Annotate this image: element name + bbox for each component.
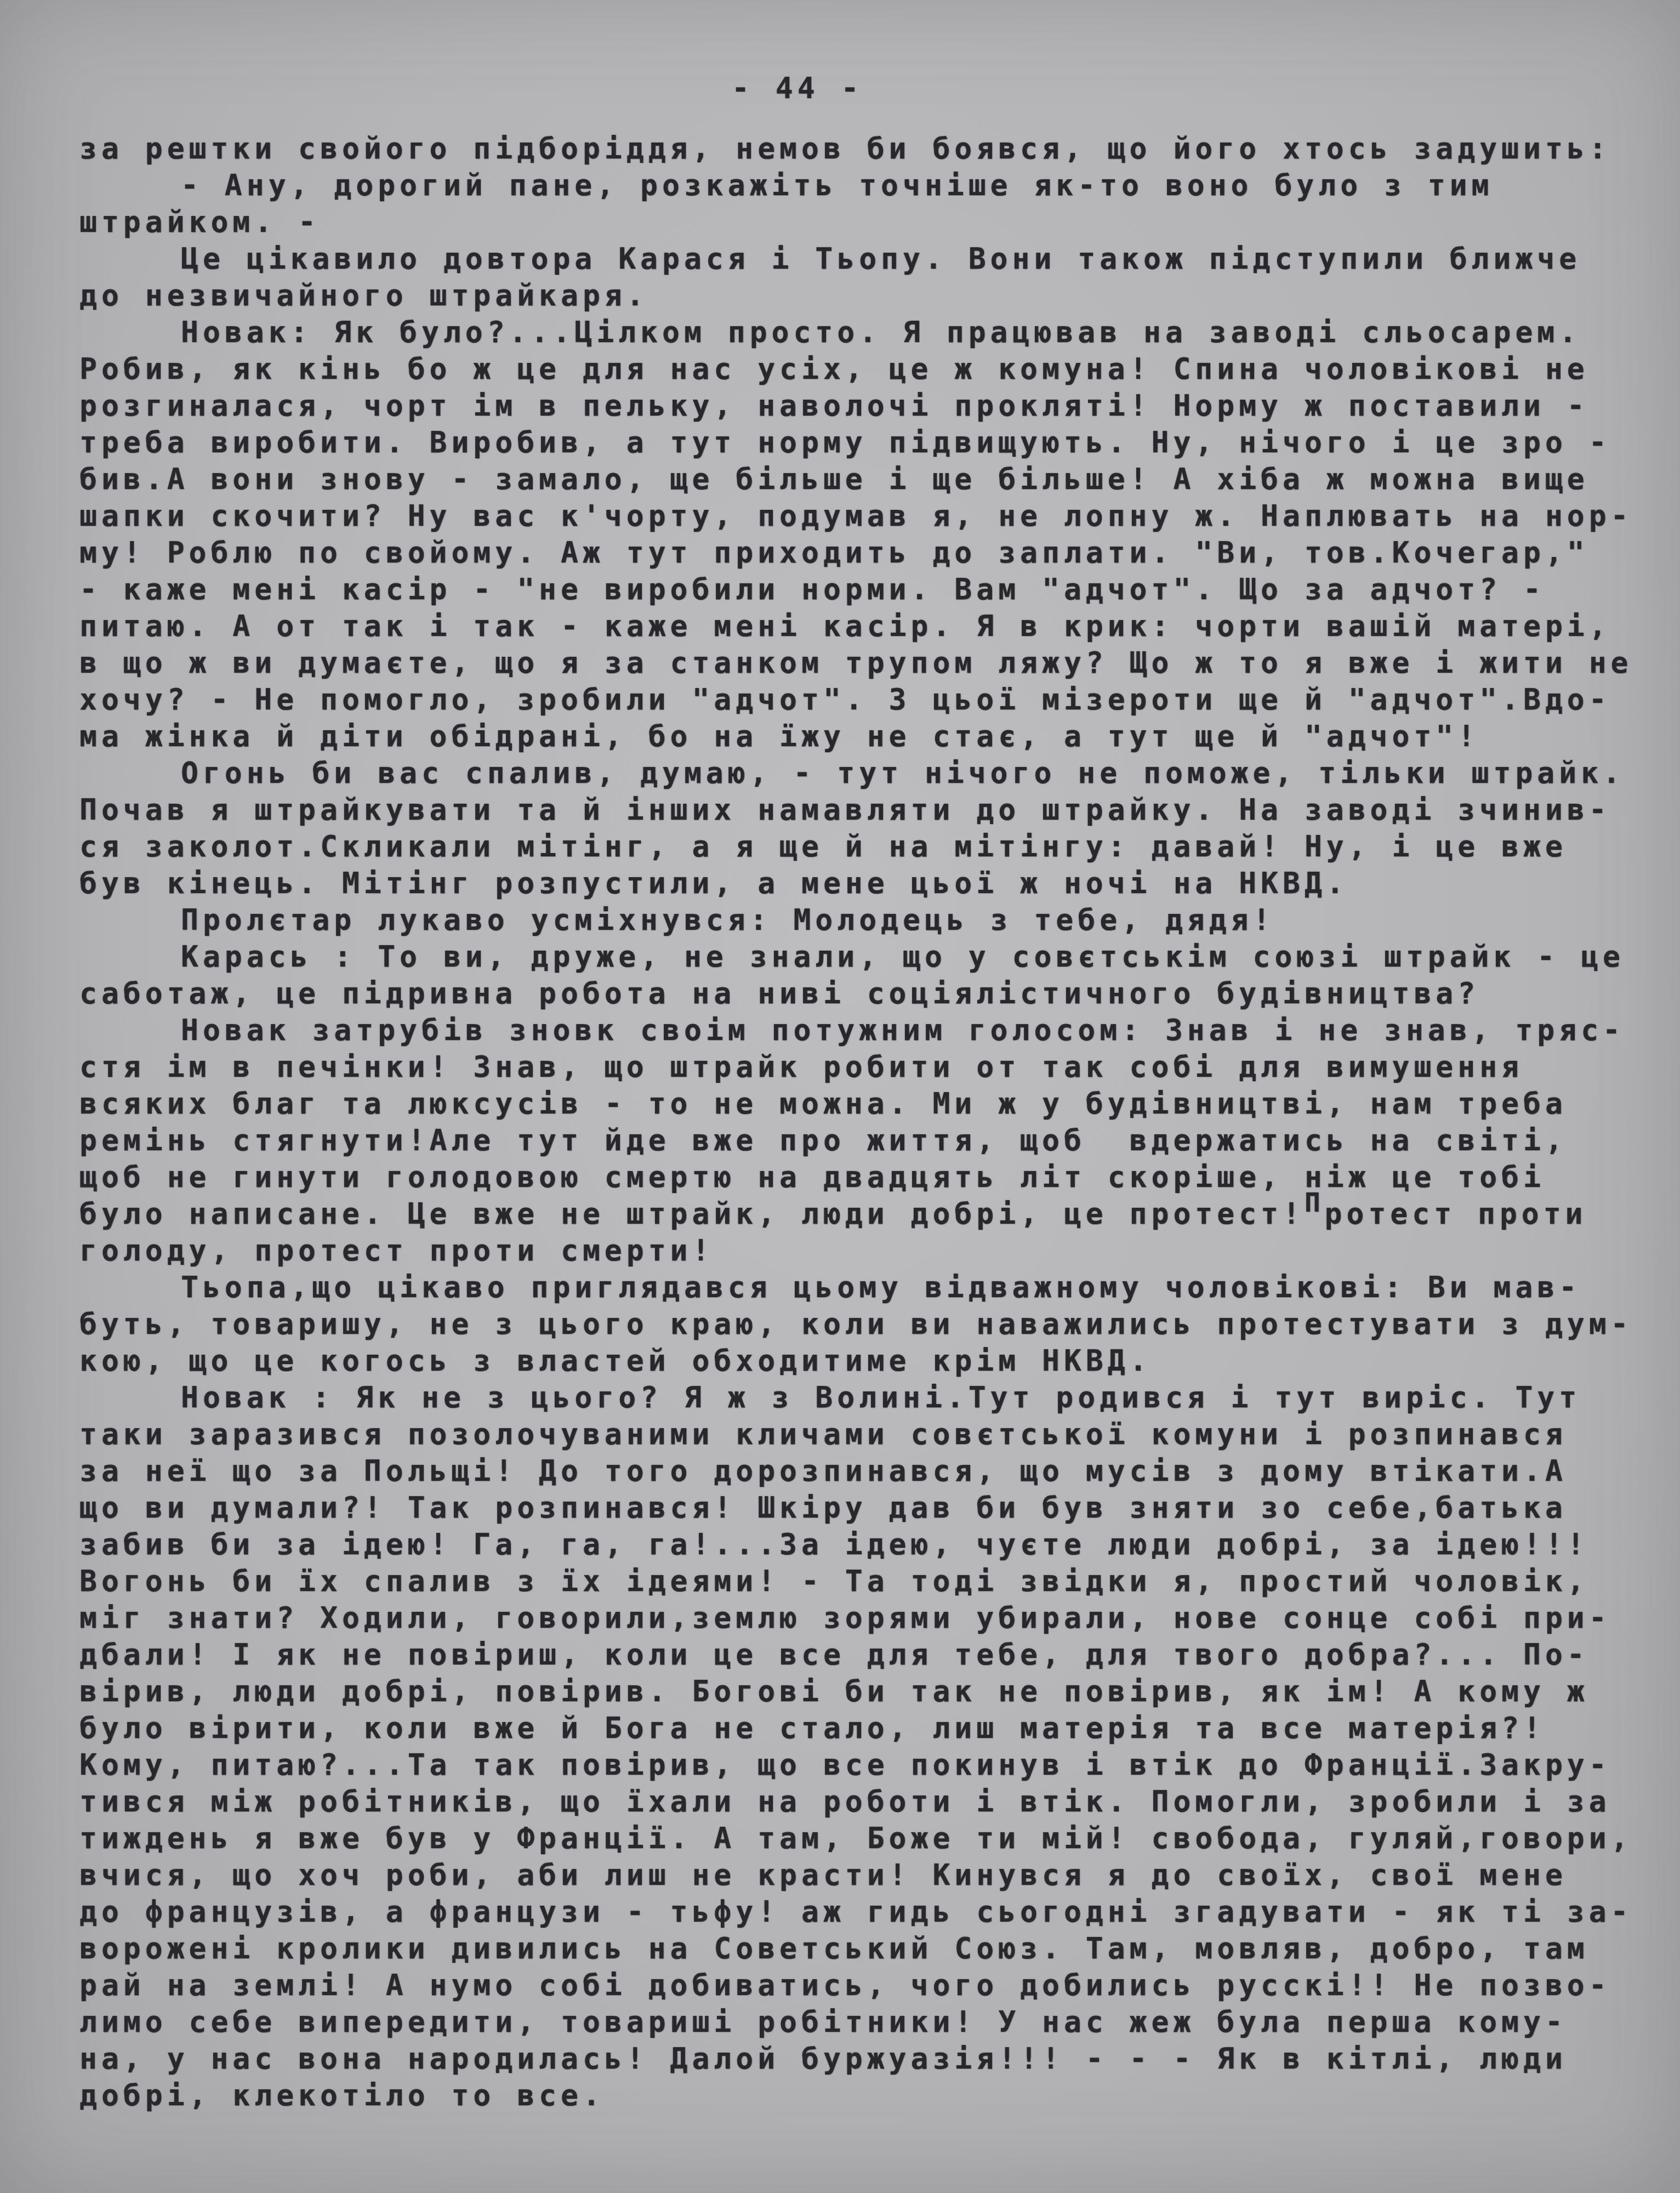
text-line: таки заразився позолочуваними кличами со… <box>79 1416 1650 1453</box>
text-line: було написане. Це вже не штрайк, люди до… <box>79 1196 1650 1232</box>
text-line: було вірити, коли вже й Бога не стало, л… <box>79 1710 1650 1747</box>
text-line: питаю. А от так і так - каже мені касір.… <box>79 608 1650 645</box>
text-line: Почав я штрайкувати та й інших намавляти… <box>79 792 1650 828</box>
text-line: стя ім в печінки! Знав, що штрайк робити… <box>79 1049 1650 1086</box>
text-line: - каже мені касір - "не виробили норми. … <box>79 571 1650 608</box>
text-line: Вогонь би їх спалив з їх ідеями! - Та то… <box>79 1563 1650 1600</box>
text-line: міг знати? Ходили, говорили,землю зорями… <box>79 1600 1650 1637</box>
text-line: розгиналася, чорт ім в пельку, наволочі … <box>79 388 1650 424</box>
text-line: ремінь стягнути!Але тут йде вже про житт… <box>79 1122 1650 1159</box>
text-line: буть, товаришу, не з цього краю, коли ви… <box>79 1306 1650 1343</box>
superscript-insert: П <box>1305 1188 1325 1218</box>
text-line: Робив, як кінь бо ж це для нас усіх, це … <box>79 351 1650 388</box>
text-line: забив би за ідею! Га, га, га!...За ідею,… <box>79 1526 1650 1563</box>
text-line: тиждень я вже був у Франції. А там, Боже… <box>79 1820 1650 1857</box>
text-line: - Ану, дорогий пане, розкажіть точніше я… <box>79 167 1650 204</box>
text-line: ся заколот.Скликали мітінг, а я ще й на … <box>79 828 1650 865</box>
text-line: до незвичайного штрайкаря. <box>79 277 1650 314</box>
text-line: Це цікавило довтора Карася і Тьопу. Вони… <box>79 241 1650 277</box>
page-body: за рештки свойого підборіддя, немов би б… <box>79 130 1650 2114</box>
text-line: саботаж, це підривна робота на ниві соці… <box>79 975 1650 1012</box>
typewritten-page: - 44 - за рештки свойого підборіддя, нем… <box>0 0 1680 2193</box>
text-line: ма жінка й діти обідрані, бо на їжу не с… <box>79 718 1650 755</box>
text-line: кою, що це когось з властей обходитиме к… <box>79 1343 1650 1379</box>
text-line: на, у нас вона народилась! Далой буржуаз… <box>79 2041 1650 2077</box>
text-line: всяких благ та люксусів - то не можна. М… <box>79 1086 1650 1122</box>
text-line: за рештки свойого підборіддя, немов би б… <box>79 130 1650 167</box>
text-line: за неї що за Польщі! До того дорозпинавс… <box>79 1453 1650 1490</box>
text-line: ворожені кролики дивились на Советський … <box>79 1930 1650 1967</box>
text-line: Кому, питаю?...Та так повірив, що все по… <box>79 1747 1650 1783</box>
text-line: хочу? - Не помогло, зробили "адчот". З ц… <box>79 681 1650 718</box>
text-line: Огонь би вас спалив, думаю, - тут нічого… <box>79 755 1650 792</box>
text-line: голоду, протест проти смерти! <box>79 1232 1650 1269</box>
page-number: - 44 - <box>79 70 1650 107</box>
text-line: рай на землі! А нумо собі добиватись, чо… <box>79 1967 1650 2004</box>
text-line: лимо себе випередити, товариші робітники… <box>79 2004 1650 2041</box>
text-line: до французів, а французи - тьфу! аж гидь… <box>79 1894 1650 1930</box>
text-line: дбали! І як не повіриш, коли це все для … <box>79 1637 1650 1673</box>
text-line: Пролєтар лукаво усміхнувся: Молодець з т… <box>79 902 1650 939</box>
text-line: що ви думали?! Так розпинався! Шкіру дав… <box>79 1490 1650 1526</box>
text-line: вірив, люди добрі, повірив. Богові би та… <box>79 1673 1650 1710</box>
text-line: щоб не гинути голодовою смертю на двадця… <box>79 1159 1650 1196</box>
text-line: Новак: Як було?...Цілком просто. Я працю… <box>79 314 1650 351</box>
text-line: був кінець. Мітінг розпустили, а мене ць… <box>79 865 1650 902</box>
text-line: шапки скочити? Ну вас к'чорту, подумав я… <box>79 498 1650 535</box>
text-line: штрайком. - <box>79 204 1650 241</box>
text-line: му! Роблю по свойому. Аж тут приходить д… <box>79 535 1650 571</box>
text-line: добрі, клекотіло то все. <box>79 2077 1650 2114</box>
text-line: Карась : То ви, друже, не знали, що у со… <box>79 939 1650 975</box>
text-line: треба виробити. Виробив, а тут норму під… <box>79 424 1650 461</box>
text-line: в що ж ви думаєте, що я за станком трупо… <box>79 645 1650 681</box>
text-line: Новак : Як не з цього? Я ж з Волині.Тут … <box>79 1379 1650 1416</box>
text-line: бив.А вони знову - замало, ще більше і щ… <box>79 461 1650 498</box>
text-line: вчися, що хоч роби, аби лиш не красти! К… <box>79 1857 1650 1894</box>
text-line: Тьопа,що цікаво приглядався цьому відваж… <box>79 1269 1650 1306</box>
text-line: Новак затрубів зновк своім потужним голо… <box>79 1012 1650 1049</box>
text-line: тився між робітників, що їхали на роботи… <box>79 1783 1650 1820</box>
